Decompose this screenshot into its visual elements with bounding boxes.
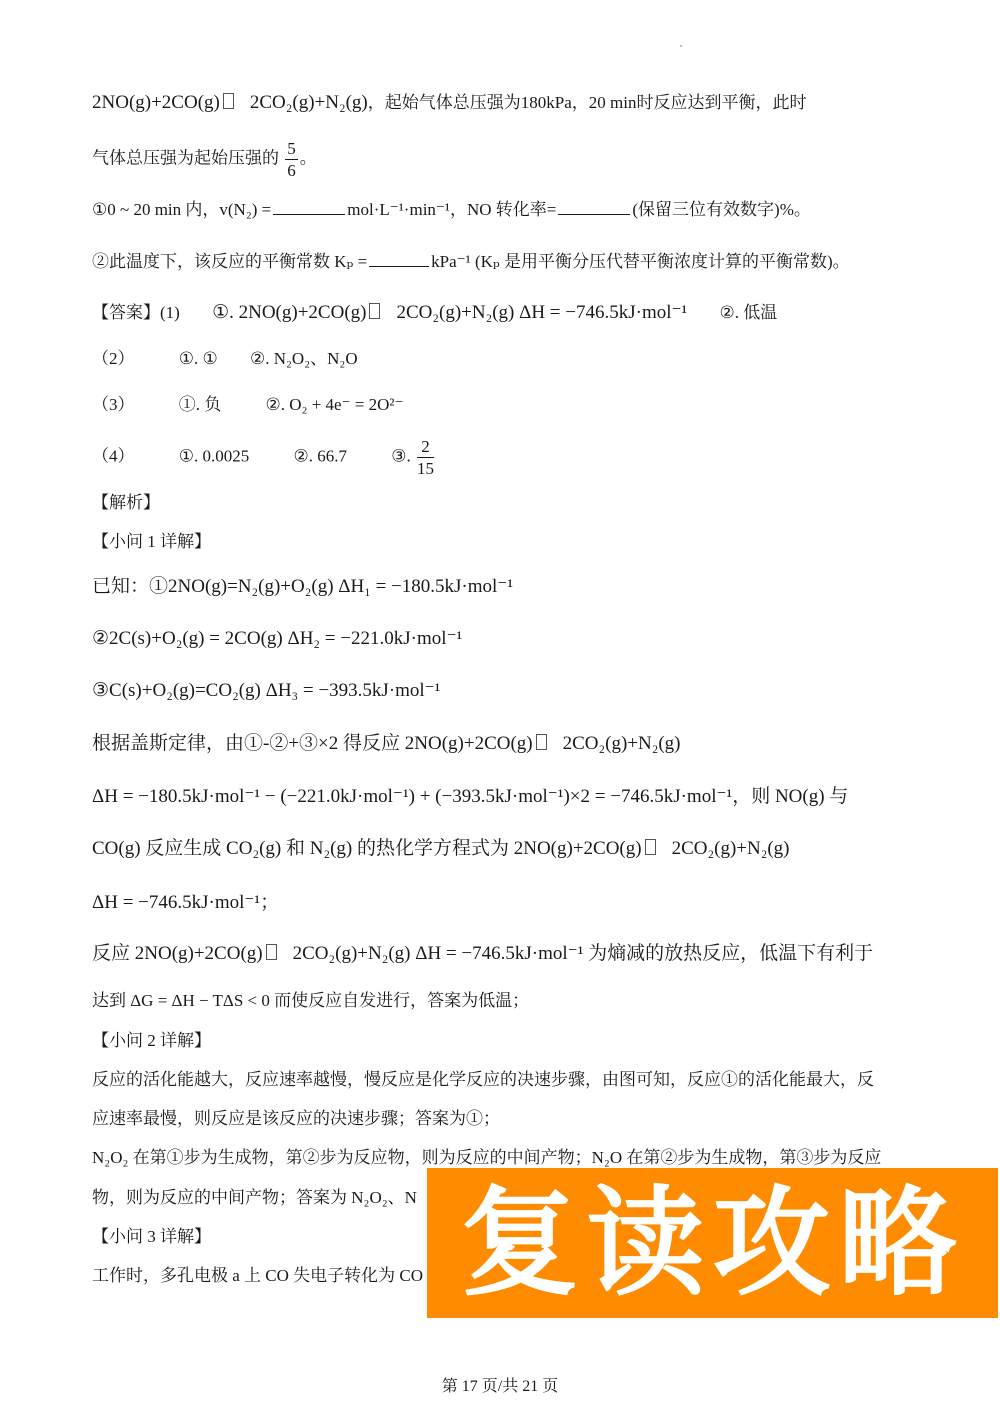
react-line: 反应 2NO(g)+2CO(g)2CO₂(g)+N₂(g) ΔH = −746.… — [92, 943, 873, 965]
equilibrium-arrow-icon — [536, 734, 547, 750]
fraction: 56 — [285, 140, 298, 179]
answer-q2-b: ②. N₂O₂、N₂O — [250, 349, 358, 368]
question-line-2: 气体总压强为起始压强的 56。 — [92, 140, 317, 179]
question-line-1: 2NO(g)+2CO(g)2CO₂(g)+N₂(g)，起始气体总压强为180kP… — [92, 92, 806, 114]
answer-q1-b: ②. 低温 — [720, 303, 778, 322]
equilibrium-arrow-icon — [266, 944, 277, 960]
answer-blank — [558, 198, 630, 215]
answer-blank — [369, 250, 429, 267]
fraction-den: 15 — [417, 458, 434, 477]
fraction-den: 6 — [285, 160, 298, 179]
sub-question-text: mol·L⁻¹·min⁻¹，NO 转化率= — [347, 200, 556, 219]
known-equation-1: 已知：①2NO(g)=N₂(g)+O₂(g) ΔH₁ = −180.5kJ·mo… — [92, 576, 513, 598]
answer-line-3: （3） ①. 负 ②. O₂ + 4e⁻ = 2O²⁻ — [92, 394, 403, 416]
answer-line-4: （4） ①. 0.0025 ②. 66.7 ③. 215 — [92, 438, 436, 477]
sub-3-title: 【小问 3 详解】 — [92, 1226, 211, 1248]
fraction-num: 2 — [417, 438, 434, 458]
equation-products: 2CO₂(g)+N₂(g) — [250, 92, 368, 113]
equilibrium-arrow-icon — [223, 93, 234, 109]
sub-2-text: 应速率最慢，则反应是该反应的决速步骤；答案为①； — [92, 1108, 500, 1130]
sub-2-text: N₂O₂ 在第①步为生成物，第②步为反应物，则为反应的中间产物；N₂O 在第②步… — [92, 1147, 881, 1169]
hess-products: 2CO₂(g)+N₂(g) — [563, 733, 681, 754]
thermo-line: CO(g) 反应生成 CO₂(g) 和 N₂(g) 的热化学方程式为 2NO(g… — [92, 838, 789, 860]
answer-q2-a: ①. ① — [179, 349, 218, 368]
answer-line-1: 【答案】(1) ①. 2NO(g)+2CO(g)2CO₂(g)+N₂(g) ΔH… — [92, 302, 777, 324]
answer-q3-b: ②. O₂ + 4e⁻ = 2O²⁻ — [266, 395, 404, 414]
answer-line-2: （2） ①. ① ②. N₂O₂、N₂O — [92, 348, 358, 370]
sub-1-title: 【小问 1 详解】 — [92, 531, 211, 553]
page-footer: 第 17 页/共 21 页 — [0, 1373, 1000, 1396]
question-text: 气体总压强为起始压强的 — [92, 148, 279, 167]
watermark-banner: 复读攻略 — [427, 1168, 998, 1318]
sub-2-title: 【小问 2 详解】 — [92, 1030, 211, 1052]
answer-num: （4） — [92, 446, 135, 465]
sub-question-2: ②此温度下，该反应的平衡常数 Kₚ =kPa⁻¹ (Kₚ 是用平衡分压代替平衡浓… — [92, 250, 850, 273]
answer-q1-a: ①. 2NO(g)+2CO(g) — [212, 302, 366, 323]
answer-q4-a: ①. 0.0025 — [179, 446, 250, 465]
equilibrium-arrow-icon — [369, 303, 380, 319]
answer-q3-a: ①. 负 — [179, 395, 222, 414]
sub-question-text: ①0 ~ 20 min 内，v(N₂) = — [92, 200, 271, 219]
react-text: 反应 2NO(g)+2CO(g) — [92, 943, 263, 964]
question-text: ，起始气体总压强为180kPa，20 min时反应达到平衡，此时 — [368, 93, 807, 112]
sub-question-text: ②此温度下，该反应的平衡常数 Kₚ = — [92, 252, 367, 271]
thermo-dh: ΔH = −746.5kJ·mol⁻¹； — [92, 892, 279, 914]
sub-question-1: ①0 ~ 20 min 内，v(N₂) =mol·L⁻¹·min⁻¹，NO 转化… — [92, 198, 811, 221]
stray-dot — [680, 45, 682, 47]
punct: 。 — [300, 148, 317, 167]
answer-label: 【答案】(1) — [92, 303, 180, 322]
answer-q4-c: ③. — [391, 446, 411, 465]
analysis-label: 【解析】 — [92, 492, 160, 514]
known-equation-2: ②2C(s)+O₂(g) = 2CO(g) ΔH₂ = −221.0kJ·mol… — [92, 628, 462, 650]
sub-2-text: 反应的活化能越大，反应速率越慢，慢反应是化学反应的决速步骤，由图可知，反应①的活… — [92, 1069, 874, 1091]
equilibrium-arrow-icon — [645, 839, 656, 855]
answer-q1-a-products: 2CO₂(g)+N₂(g) ΔH = −746.5kJ·mol⁻¹ — [396, 302, 687, 323]
thermo-products: 2CO₂(g)+N₂(g) — [672, 838, 790, 859]
answer-q4-b: ②. 66.7 — [294, 446, 348, 465]
equation-reactants: 2NO(g)+2CO(g) — [92, 92, 220, 113]
hess-law-line: 根据盖斯定律，由①-②+③×2 得反应 2NO(g)+2CO(g)2CO₂(g)… — [92, 733, 681, 755]
answer-blank — [273, 198, 345, 215]
answer-num: （2） — [92, 349, 135, 368]
sub-question-text: (保留三位有效数字)%。 — [632, 200, 810, 219]
thermo-text: CO(g) 反应生成 CO₂(g) 和 N₂(g) 的热化学方程式为 2NO(g… — [92, 838, 642, 859]
calc-line: ΔH = −180.5kJ·mol⁻¹ − (−221.0kJ·mol⁻¹) +… — [92, 786, 848, 808]
answer-num: （3） — [92, 395, 135, 414]
sub-3-text: 工作时，多孔电极 a 上 CO 失电子转化为 CO — [92, 1265, 423, 1287]
fraction-num: 5 — [285, 140, 298, 160]
react-text: 2CO₂(g)+N₂(g) ΔH = −746.5kJ·mol⁻¹ 为熵减的放热… — [293, 943, 874, 964]
react-line-2: 达到 ΔG = ΔH − TΔS < 0 而使反应自发进行，答案为低温； — [92, 990, 529, 1012]
sub-2-text: 物，则为反应的中间产物；答案为 N₂O₂、N — [92, 1187, 417, 1209]
fraction: 215 — [417, 438, 434, 477]
hess-text: 根据盖斯定律，由①-②+③×2 得反应 2NO(g)+2CO(g) — [92, 733, 533, 754]
known-equation-3: ③C(s)+O₂(g)=CO₂(g) ΔH₃ = −393.5kJ·mol⁻¹ — [92, 680, 440, 702]
sub-question-text: kPa⁻¹ (Kₚ 是用平衡分压代替平衡浓度计算的平衡常数)。 — [431, 252, 849, 271]
